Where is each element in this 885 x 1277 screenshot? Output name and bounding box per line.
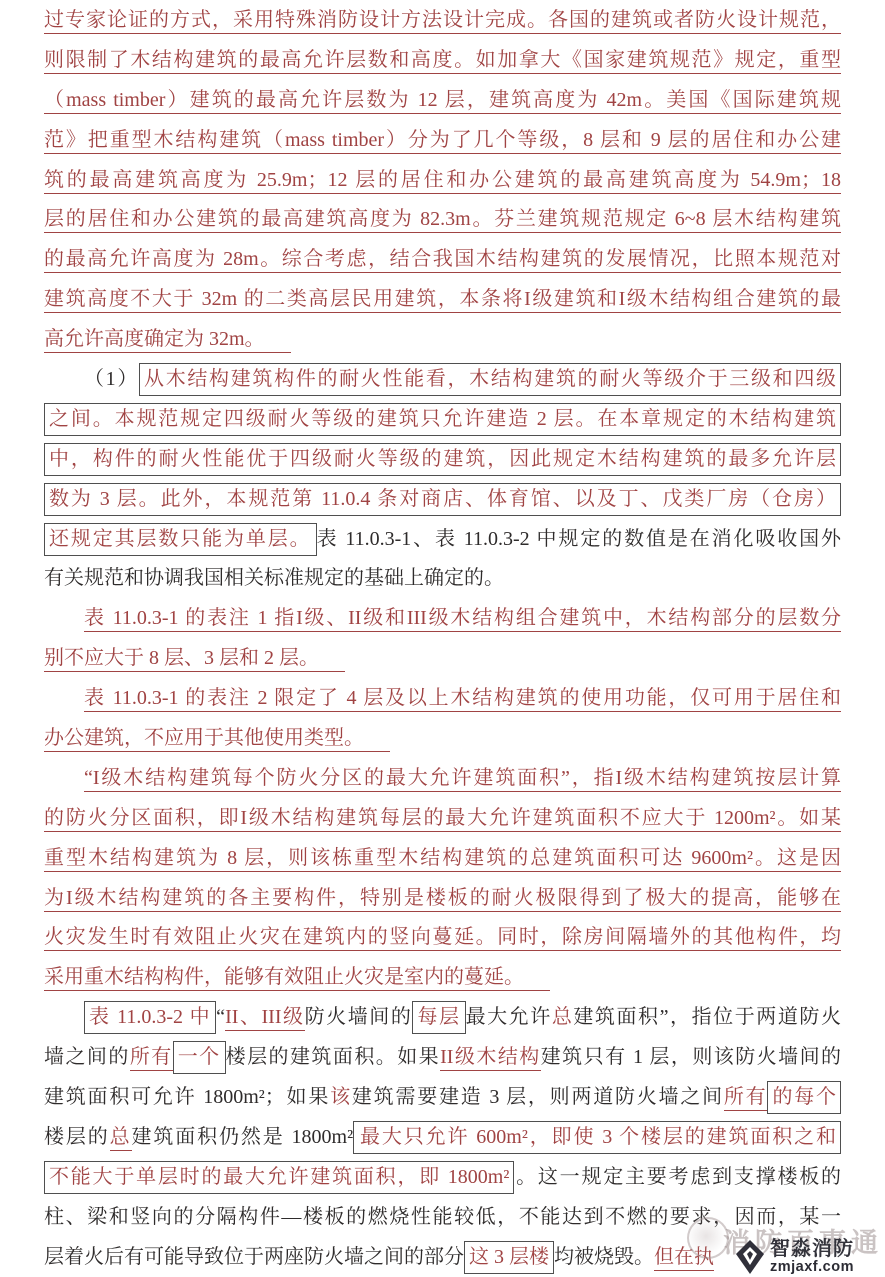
text-line: 之间。本规范规定四级耐火等级的建筑只允许建造 2 层。在本章规定的木结构建筑: [44, 400, 841, 440]
underlined-revision-text: 过专家论证的方式，采用特殊消防设计方法设计完成。各国的建筑或者防火设计规范，: [44, 9, 841, 34]
text-line: 有关规范和协调我国相关标准规定的基础上确定的。: [44, 559, 841, 599]
boxed-revision-text: 一个: [173, 1041, 226, 1074]
underlined-revision-text: 的防火分区面积，即I级木结构建筑每层的最大允许建筑面积不应大于 1200m²。如…: [44, 807, 841, 832]
body-text: “: [216, 1006, 225, 1028]
text-line: 墙之间的所有一个楼层的建筑面积。如果II级木结构建筑只有 1 层，则该防火墙间的: [44, 1038, 841, 1078]
boxed-revision-text: 这 3 层楼: [464, 1241, 554, 1274]
underlined-revision-text: 层的居住和办公建筑的最高建筑高度为 82.3m。芬兰建筑规范规定 6~8 层木结…: [44, 208, 841, 233]
text-line: 则限制了木结构建筑的最高允许层数和高度。如加拿大《国家建筑规范》规定，重型: [44, 41, 841, 81]
body-text: 均被烧毁。: [554, 1246, 654, 1268]
boxed-revision-text: 中，构件的耐火性能优于四级耐火等级的建筑，因此规定木结构建筑的最多允许层: [44, 443, 841, 476]
underlined-revision-text: 所有: [130, 1046, 173, 1071]
body-text: 楼层的建筑面积。如果: [226, 1046, 441, 1068]
underlined-revision-text: II级木结构: [440, 1046, 541, 1071]
underlined-revision-text: II、III级: [225, 1006, 305, 1031]
boxed-revision-text: 从木结构建筑构件的耐火性能看，木结构建筑的耐火等级介于三级和四级: [139, 363, 841, 396]
text-line: 数为 3 层。此外，本规范第 11.0.4 条对商店、体育馆、以及丁、戊类厂房（…: [44, 480, 841, 520]
boxed-revision-text: 不能大于单层时的最大允许建筑面积，即 1800m²: [44, 1161, 514, 1194]
underlined-revision-text: 高允许高度确定为 32m。: [44, 328, 291, 353]
underlined-revision-text: 表 11.0.3-1 的表注 1 指I级、II级和III级木结构组合建筑中，木结…: [84, 607, 841, 632]
boxed-revision-text: 最大只允许 600m²，即使 3 个楼层的建筑面积之和: [353, 1121, 841, 1154]
underlined-revision-text: 采用重木结构构件，能够有效阻止火灾是室内的蔓延。: [44, 966, 550, 991]
underlined-revision-text: 范》把重型木结构建筑（mass timber）分为了几个等级，8 层和 9 层的…: [44, 129, 841, 154]
boxed-revision-text: 表 11.0.3-2 中: [84, 1001, 216, 1034]
revision-text: 总: [552, 1006, 574, 1028]
document-body: 过专家论证的方式，采用特殊消防设计方法设计完成。各国的建筑或者防火设计规范，则限…: [44, 1, 841, 1277]
underlined-revision-text: 表 11.0.3-1 的表注 2 限定了 4 层及以上木结构建筑的使用功能，仅可…: [84, 687, 841, 712]
boxed-revision-text: 数为 3 层。此外，本规范第 11.0.4 条对商店、体育馆、以及丁、戊类厂房（…: [44, 483, 841, 516]
text-line: （1）从木结构建筑构件的耐火性能看，木结构建筑的耐火等级介于三级和四级: [44, 360, 841, 400]
body-text: 建筑面积可允许 1800m²；如果: [44, 1086, 330, 1108]
body-text: （1）: [84, 368, 139, 390]
text-line: 表 11.0.3-1 的表注 1 指I级、II级和III级木结构组合建筑中，木结…: [44, 599, 841, 639]
text-line: 办公建筑，不应用于其他使用类型。: [44, 719, 841, 759]
text-line: 中，构件的耐火性能优于四级耐火等级的建筑，因此规定木结构建筑的最多允许层: [44, 440, 841, 480]
text-line: 别不应大于 8 层、3 层和 2 层。: [44, 639, 841, 679]
underlined-revision-text: 的最高允许高度为 28m。综合考虑，结合我国木结构建筑的发展情况，比照本规范对: [44, 248, 841, 273]
text-line: 筑的最高建筑高度为 25.9m；12 层的居住和办公建筑的最高建筑高度为 54.…: [44, 161, 841, 201]
body-text: 楼层的: [44, 1126, 110, 1148]
text-line: 表 11.0.3-2 中“II、III级防火墙间的每层最大允许总建筑面积”，指位…: [44, 998, 841, 1038]
text-line: 还规定其层数只能为单层。表 11.0.3-1、表 11.0.3-2 中规定的数值…: [44, 520, 841, 560]
body-text: 建筑需要建造 3 层，则两道防火墙之间: [352, 1086, 724, 1108]
text-line: 范》把重型木结构建筑（mass timber）分为了几个等级，8 层和 9 层的…: [44, 121, 841, 161]
underlined-revision-text: 建筑高度不大于 32m 的二类高层民用建筑，本条将I级建筑和I级木结构组合建筑的…: [44, 288, 841, 313]
underlined-revision-text: 总: [110, 1126, 132, 1151]
text-line: 为I级木结构建筑的各主要构件，特别是楼板的耐火极限得到了极大的提高，能够在: [44, 879, 841, 919]
body-text: 柱、梁和竖向的分隔构件—楼板的燃烧性能较低，不能达到不燃的要求，因而，某一: [44, 1206, 841, 1228]
text-line: 柱、梁和竖向的分隔构件—楼板的燃烧性能较低，不能达到不燃的要求，因而，某一: [44, 1198, 841, 1238]
boxed-revision-text: 之间。本规范规定四级耐火等级的建筑只允许建造 2 层。在本章规定的木结构建筑: [44, 403, 841, 436]
underlined-revision-text: 所有: [724, 1086, 768, 1111]
underlined-revision-text: 火灾发生时有效阻止火灾在建筑内的竖向蔓延。同时，除房间隔墙外的其他构件，均: [44, 926, 841, 951]
text-line: 高允许高度确定为 32m。: [44, 320, 841, 360]
text-line: 过专家论证的方式，采用特殊消防设计方法设计完成。各国的建筑或者防火设计规范，: [44, 1, 841, 41]
text-line: 建筑高度不大于 32m 的二类高层民用建筑，本条将I级建筑和I级木结构组合建筑的…: [44, 280, 841, 320]
underlined-revision-text: 筑的最高建筑高度为 25.9m；12 层的居住和办公建筑的最高建筑高度为 54.…: [44, 169, 841, 194]
revision-text: 该: [330, 1086, 352, 1108]
text-line: 的最高允许高度为 28m。综合考虑，结合我国木结构建筑的发展情况，比照本规范对: [44, 240, 841, 280]
text-line: 层着火后有可能导致位于两座防火墙之间的部分这 3 层楼均被烧毁。但在执: [44, 1238, 841, 1277]
underlined-revision-text: 为I级木结构建筑的各主要构件，特别是楼板的耐火极限得到了极大的提高，能够在: [44, 887, 841, 912]
text-line: （mass timber）建筑的最高允许层数为 12 层，建筑高度为 42m。美…: [44, 81, 841, 121]
text-line: 建筑面积可允许 1800m²；如果该建筑需要建造 3 层，则两道防火墙之间所有的…: [44, 1078, 841, 1118]
body-text: 。这一规定主要考虑到支撑楼板的: [514, 1166, 841, 1188]
boxed-revision-text: 每层: [412, 1001, 465, 1034]
underlined-revision-text: 但在执: [654, 1246, 714, 1271]
text-line: 的防火分区面积，即I级木结构建筑每层的最大允许建筑面积不应大于 1200m²。如…: [44, 799, 841, 839]
boxed-revision-text: 还规定其层数只能为单层。: [44, 523, 317, 556]
text-line: 火灾发生时有效阻止火灾在建筑内的竖向蔓延。同时，除房间隔墙外的其他构件，均: [44, 918, 841, 958]
body-text: 表 11.0.3-1、表 11.0.3-2 中规定的数值是在消化吸收国外: [317, 528, 841, 550]
underlined-revision-text: 则限制了木结构建筑的最高允许层数和高度。如加拿大《国家建筑规范》规定，重型: [44, 49, 841, 74]
underlined-revision-text: 重型木结构建筑为 8 层，则该栋重型木结构建筑的总建筑面积可达 9600m²。这…: [44, 847, 841, 872]
body-text: 最大允许: [466, 1006, 552, 1028]
underlined-revision-text: （mass timber）建筑的最高允许层数为 12 层，建筑高度为 42m。美…: [44, 89, 841, 114]
text-line: 不能大于单层时的最大允许建筑面积，即 1800m²。这一规定主要考虑到支撑楼板的: [44, 1158, 841, 1198]
document-page: 过专家论证的方式，采用特殊消防设计方法设计完成。各国的建筑或者防火设计规范，则限…: [0, 0, 885, 1277]
underlined-revision-text: “I级木结构建筑每个防火分区的最大允许建筑面积”，指I级木结构建筑按层计算: [84, 767, 841, 792]
text-line: 楼层的总建筑面积仍然是 1800m²最大只允许 600m²，即使 3 个楼层的建…: [44, 1118, 841, 1158]
text-line: 层的居住和办公建筑的最高建筑高度为 82.3m。芬兰建筑规范规定 6~8 层木结…: [44, 200, 841, 240]
boxed-revision-text: 的每个: [767, 1081, 841, 1114]
text-line: “I级木结构建筑每个防火分区的最大允许建筑面积”，指I级木结构建筑按层计算: [44, 759, 841, 799]
body-text: 有关规范和协调我国相关标准规定的基础上确定的。: [44, 567, 504, 589]
body-text: 层着火后有可能导致位于两座防火墙之间的部分: [44, 1246, 464, 1268]
underlined-revision-text: 办公建筑，不应用于其他使用类型。: [44, 727, 390, 752]
body-text: 建筑只有 1 层，则该防火墙间的: [541, 1046, 841, 1068]
underlined-revision-text: 别不应大于 8 层、3 层和 2 层。: [44, 647, 345, 672]
body-text: 建筑面积仍然是 1800m²: [132, 1126, 354, 1148]
text-line: 重型木结构建筑为 8 层，则该栋重型木结构建筑的总建筑面积可达 9600m²。这…: [44, 839, 841, 879]
body-text: 墙之间的: [44, 1046, 130, 1068]
text-line: 采用重木结构构件，能够有效阻止火灾是室内的蔓延。: [44, 958, 841, 998]
text-line: 表 11.0.3-1 的表注 2 限定了 4 层及以上木结构建筑的使用功能，仅可…: [44, 679, 841, 719]
body-text: 建筑面积”，指位于两道防火: [573, 1006, 841, 1028]
body-text: 防火墙间的: [305, 1006, 413, 1028]
